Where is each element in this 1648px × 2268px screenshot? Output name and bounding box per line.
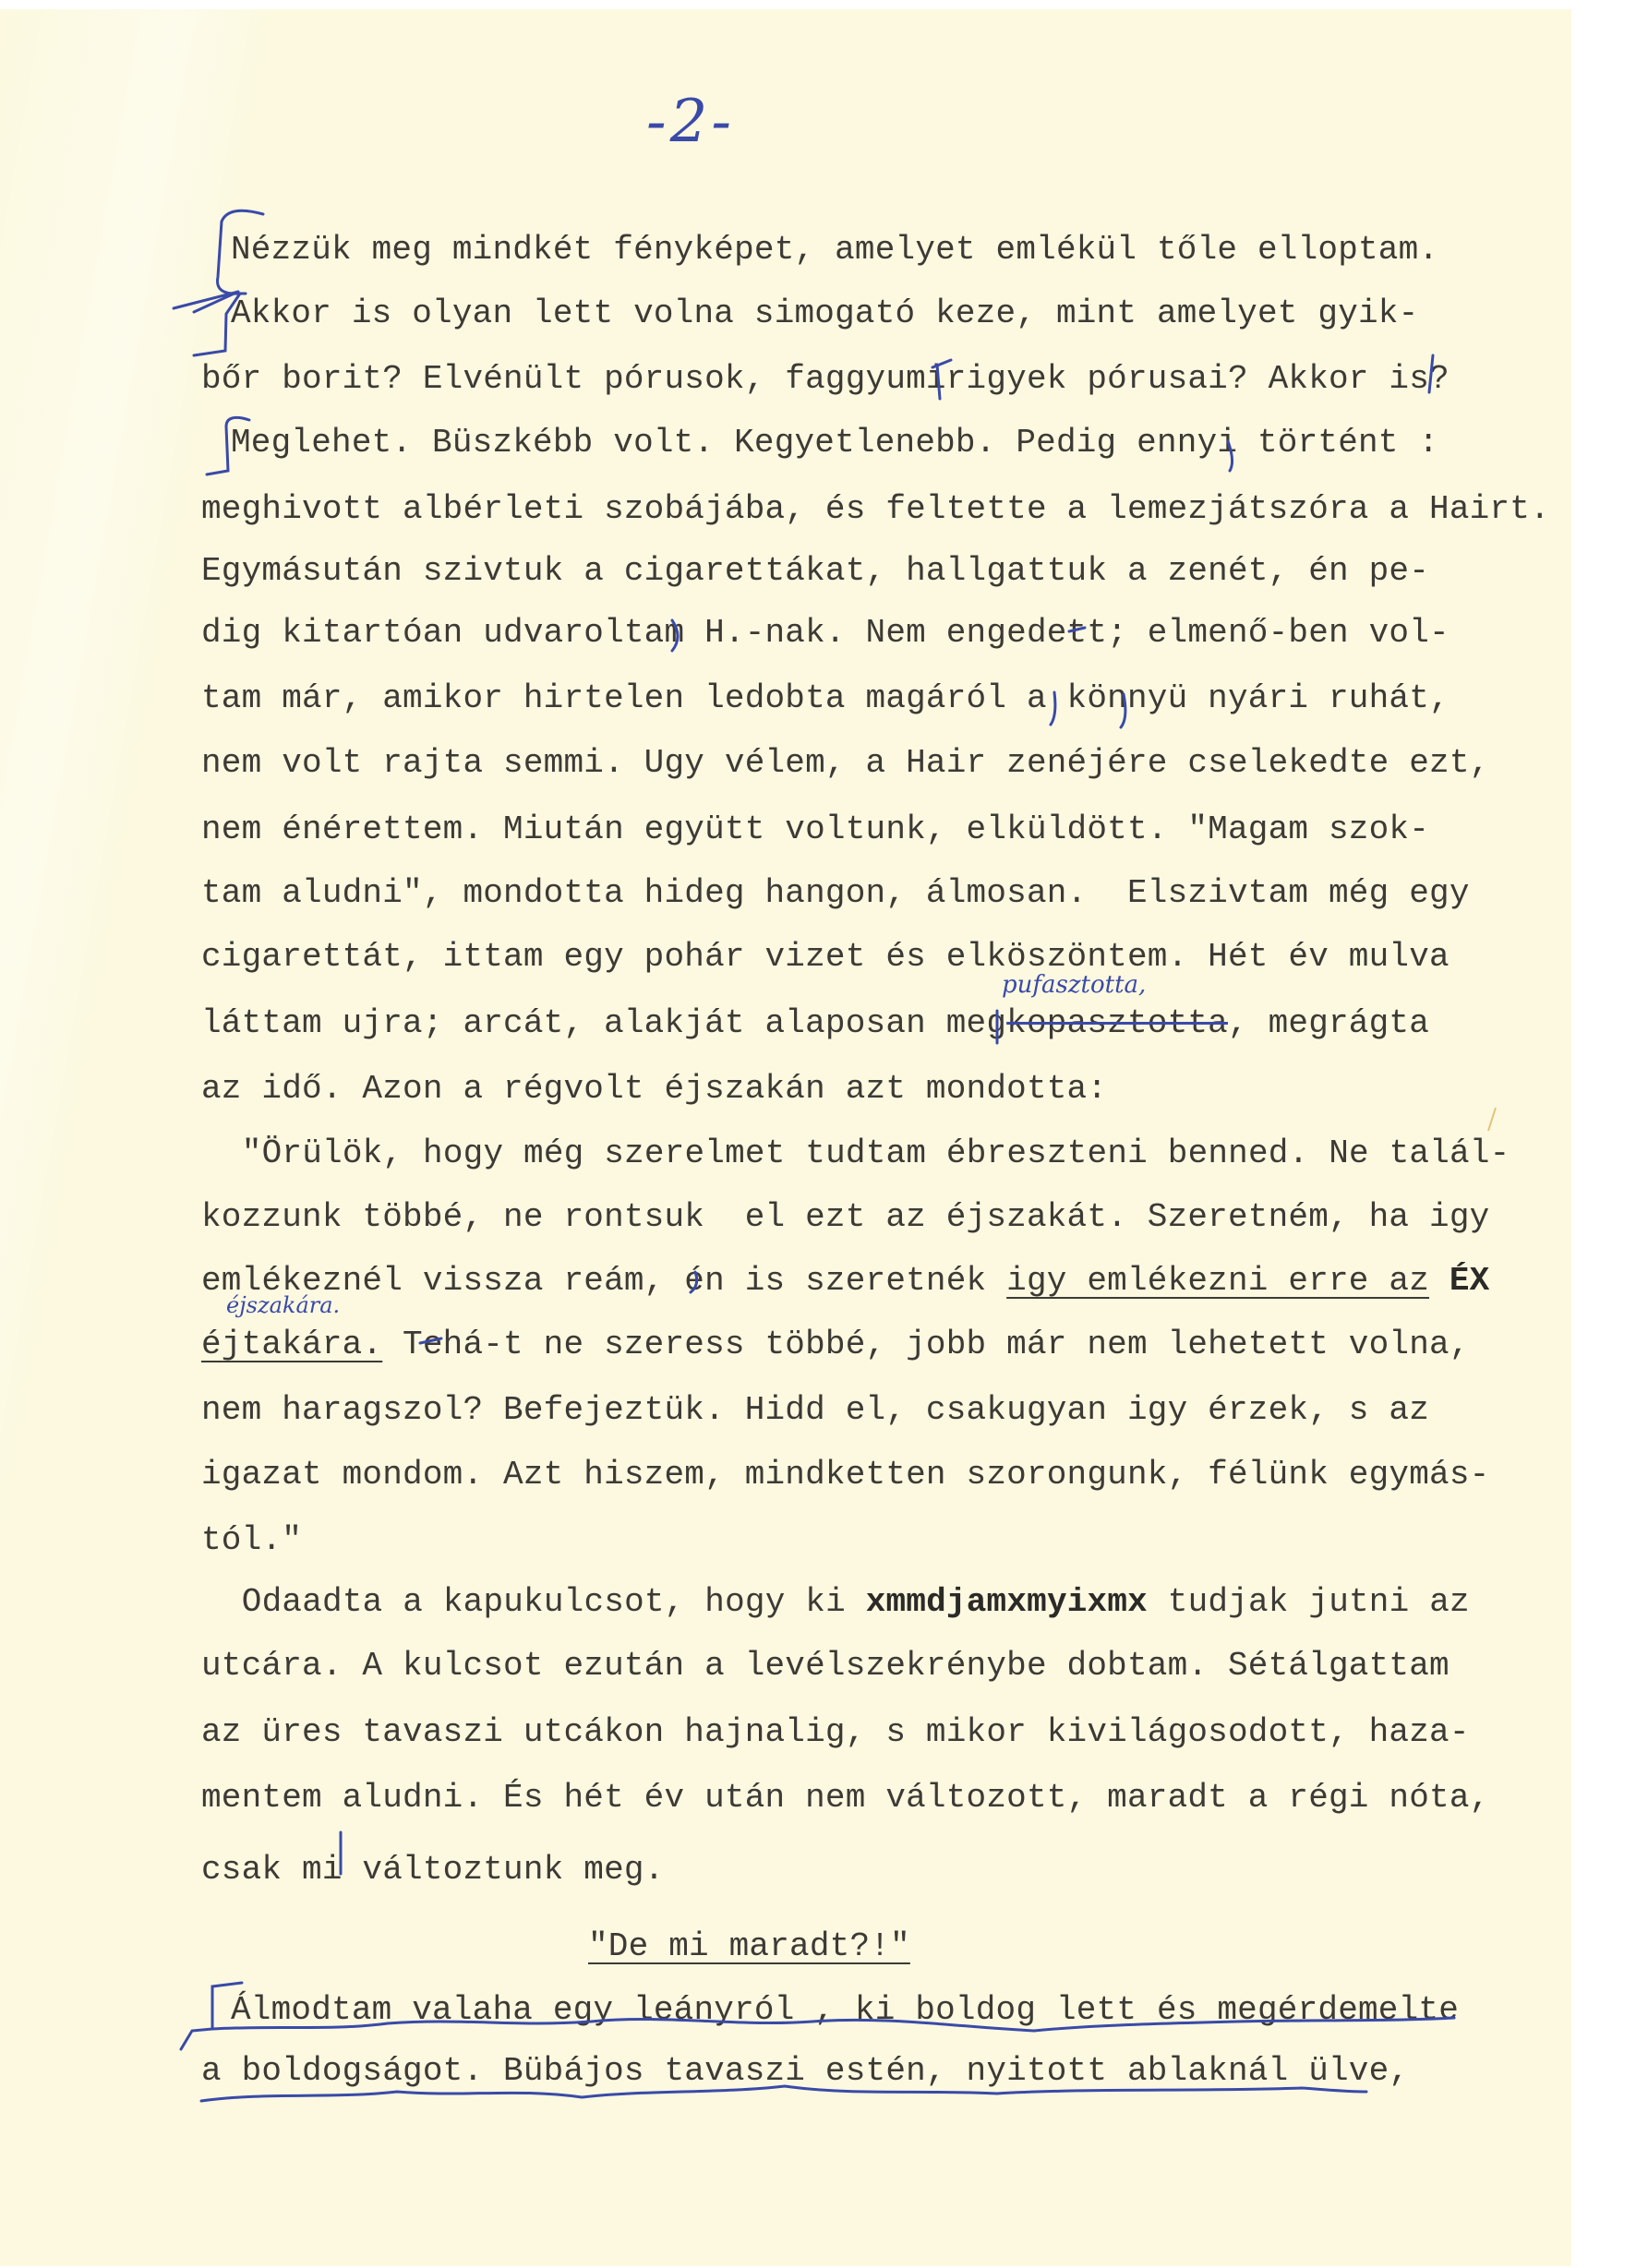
text-line: Meglehet. Büszkébb volt. Kegyetlenebb. P… xyxy=(231,425,1438,462)
text-fragment: Tehá-t ne szeress többé, jobb már nem le… xyxy=(382,1326,1469,1363)
typed-xout: ÉX xyxy=(1429,1262,1489,1300)
text-line: bőr borit? Elvénült pórusok, faggyumirig… xyxy=(201,361,1450,398)
text-line: az idő. Azon a régvolt éjszakán azt mond… xyxy=(201,1071,1107,1108)
struck-word: kopasztotta xyxy=(1006,1004,1228,1042)
text-line: a boldogságot. Bübájos tavaszi estén, ny… xyxy=(201,2053,1409,2090)
text-line: Álmodtam valaha egy leányról , ki boldog… xyxy=(231,1992,1459,2029)
text-line: nem haragszol? Befejeztük. Hidd el, csak… xyxy=(201,1392,1429,1429)
text-fragment: Odaadta a kapukulcsot, hogy ki xyxy=(222,1583,866,1621)
text-line: nem énérettem. Miután együtt voltunk, el… xyxy=(201,811,1429,848)
text-line-with-underline: emlékeznél vissza reám, én is szeretnék … xyxy=(201,1263,1489,1300)
text-line: igazat mondom. Azt hiszem, mindketten sz… xyxy=(201,1457,1489,1494)
text-line: csak mi változtunk meg. xyxy=(201,1852,664,1889)
text-line: nem volt rajta semmi. Ugy vélem, a Hair … xyxy=(201,745,1489,782)
struck-word: éjtakára. xyxy=(201,1326,382,1363)
typed-xout: xmmdjamxmyixmx xyxy=(866,1583,1148,1621)
text-fragment: láttam ujra; arcát, alakját alaposan meg xyxy=(201,1004,1006,1042)
text-line-with-xout: Odaadta a kapukulcsot, hogy ki xmmdjamxm… xyxy=(222,1584,1470,1621)
text-line: utcára. A kulcsot ezután a levélszekrény… xyxy=(201,1648,1450,1685)
text-line-with-correction: éjtakára. Tehá-t ne szeress többé, jobb … xyxy=(201,1326,1470,1363)
underlined-phrase: igy emlékezni erre az xyxy=(1006,1262,1429,1300)
text-line: cigarettát, ittam egy pohár vizet és elk… xyxy=(201,939,1450,976)
text-fragment: , megrágta xyxy=(1228,1004,1429,1042)
text-line: az üres tavaszi utcákon hajnalig, s miko… xyxy=(201,1714,1470,1751)
text-line: tam aludni", mondotta hideg hangon, álmo… xyxy=(201,875,1470,912)
text-fragment: tudjak jutni az xyxy=(1148,1583,1470,1621)
text-line: "Örülök, hogy még szerelmet tudtam ébres… xyxy=(222,1135,1510,1172)
text-line: tam már, amikor hirtelen ledobta magáról… xyxy=(201,680,1450,717)
text-line: mentem aludni. És hét év után nem változ… xyxy=(201,1780,1489,1817)
text-line: dig kitartóan udvaroltam H.-nak. Nem eng… xyxy=(201,615,1450,652)
handwritten-insertion: éjszakára. xyxy=(226,1292,340,1318)
text-line: meghivott albérleti szobájába, és feltet… xyxy=(201,491,1550,528)
text-line: kozzunk többé, ne rontsuk el ezt az éjsz… xyxy=(201,1199,1489,1236)
text-line: tól." xyxy=(201,1522,302,1559)
text-line: Akkor is olyan lett volna simogató keze,… xyxy=(231,295,1418,332)
text-line-with-correction: láttam ujra; arcát, alakját alaposan meg… xyxy=(201,1005,1429,1042)
text-line: Nézzük meg mindkét fényképet, amelyet em… xyxy=(231,232,1438,269)
text-line: Egymásután szivtuk a cigarettákat, hallg… xyxy=(201,553,1429,590)
section-subtitle: "De mi maradt?!" xyxy=(588,1928,910,1965)
handwritten-insertion: pufasztotta, xyxy=(1002,971,1146,999)
page-number: -2- xyxy=(646,88,735,156)
